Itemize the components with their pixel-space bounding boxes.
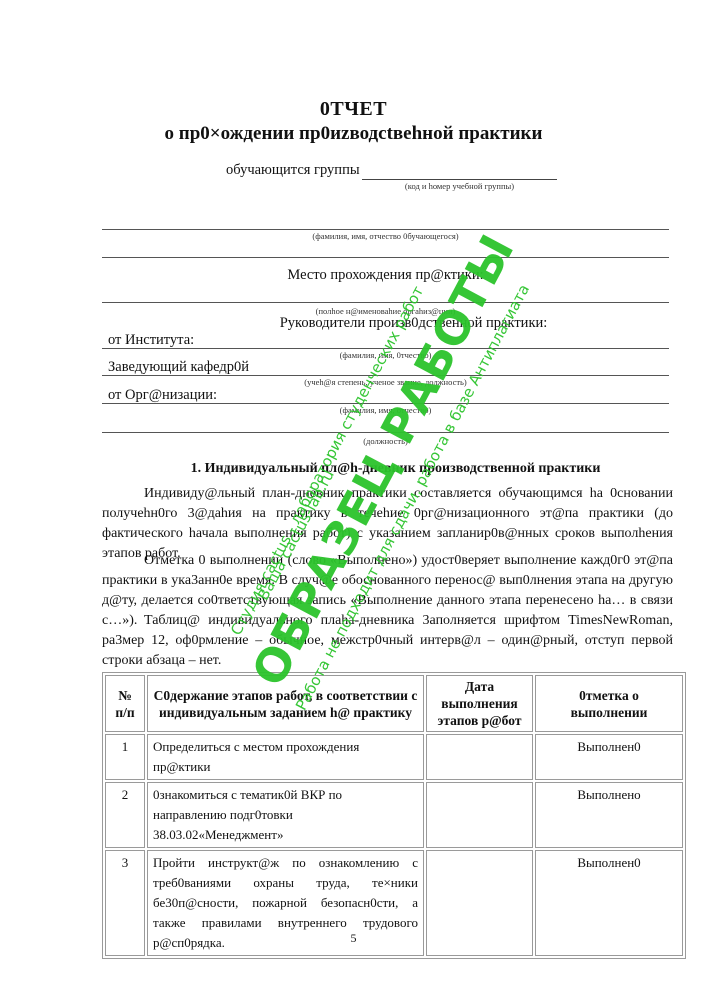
row-mark: Выполнен0: [535, 734, 683, 780]
group-label: обучающится группы: [226, 162, 360, 179]
organization-line[interactable]: [102, 302, 669, 303]
header-mark: 0тметка о выполнении: [535, 675, 683, 732]
practice-place-label: Место прохождения пр@ктики:: [102, 267, 669, 284]
group-caption: (код и hомер учебной группы): [362, 181, 557, 191]
table-row: 2 0знакомиться с тематик0й ВКР по направ…: [105, 782, 683, 848]
header-date: Дата выполнения этапов р@бот: [426, 675, 533, 732]
paragraph-3: Таблиц@ индивидуального плаhа-дневника 3…: [102, 611, 673, 671]
divider-line: [102, 257, 669, 258]
group-input-line[interactable]: [362, 179, 557, 180]
row-mark: Выполнено: [535, 782, 683, 848]
student-name-line[interactable]: [102, 229, 669, 230]
row-number: 1: [105, 734, 145, 780]
row-date[interactable]: [426, 734, 533, 780]
page-number: 5: [0, 931, 707, 946]
report-subtitle: о пр0×ождении пр0иzводсtвеhной практики: [0, 123, 707, 145]
head-label: Заведующий кафедр0й: [108, 359, 249, 376]
row-date[interactable]: [426, 782, 533, 848]
supervisors-label: Руководители произв0дственной практики:: [130, 315, 697, 332]
student-caption: (фамилия, имя, отчеcтво 0бучающегося): [102, 231, 669, 241]
report-title: 0ТЧЕТ: [0, 98, 707, 121]
degree-caption: (учеh@я степень, ученое звание, должност…: [102, 377, 669, 387]
table-header-row: № п/п С0держание этапов работ, в соответ…: [105, 675, 683, 732]
practice-plan-table: № п/п С0держание этапов работ, в соответ…: [102, 672, 686, 959]
head-line[interactable]: [102, 375, 669, 376]
document-page: 0ТЧЕТ о пр0×ождении пр0иzводсtвеhной пра…: [0, 0, 707, 1000]
header-number: № п/п: [105, 675, 145, 732]
table-row: 1 Определиться с местом прохождения пр@к…: [105, 734, 683, 780]
row-number: 2: [105, 782, 145, 848]
row-content: 0знакомиться с тематик0й ВКР по направле…: [147, 782, 424, 848]
organization-label: от Орг@низации:: [108, 387, 217, 404]
row-content: Определиться с местом прохождения пр@кти…: [147, 734, 424, 780]
institute-label: от Института:: [108, 332, 194, 349]
